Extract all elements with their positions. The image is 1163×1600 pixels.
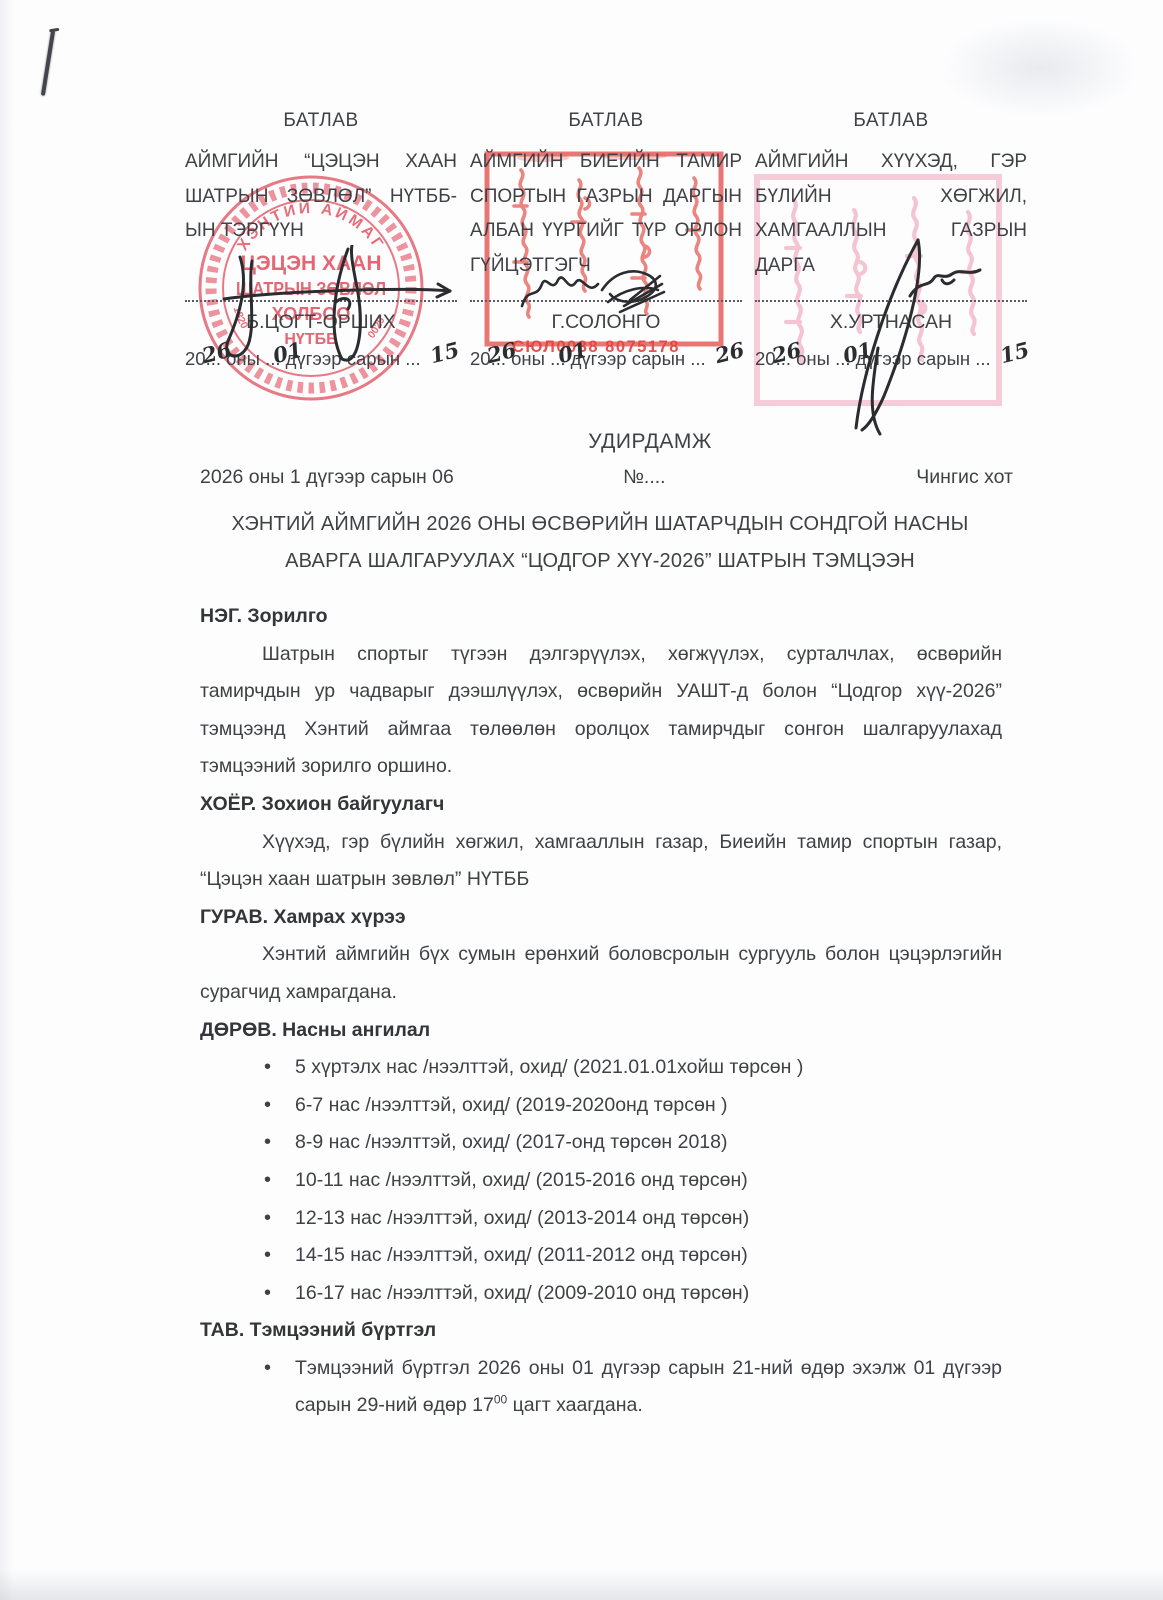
signature-tsogt-orshikh (218, 245, 458, 375)
section-heading-age-categories: ДӨРӨВ. Насны ангилал (200, 1012, 1002, 1050)
handwritten-day: 15 (997, 337, 1031, 368)
document-body: НЭГ. Зорилго Шатрын спортыг түгээн дэлгэ… (200, 598, 1002, 1425)
list-item: 10-11 нас /нээлттэй, охид/ (2015-2016 он… (200, 1162, 1002, 1200)
scan-smudge (940, 18, 1140, 118)
list-item: 8-9 нас /нээлттэй, охид/ (2017-онд төрсө… (200, 1124, 1002, 1162)
approval-block-sports-agency: БАТЛАВ АЙМГИЙН БИЕИЙН ТАМИР СПОРТЫН ГАЗР… (470, 110, 742, 380)
list-item: Тэмцээний бүртгэл 2026 оны 01 дүгээр сар… (200, 1350, 1002, 1425)
section-heading-goal: НЭГ. Зорилго (200, 598, 1002, 636)
list-item: 6-7 нас /нээлттэй, охид/ (2019-2020онд т… (200, 1087, 1002, 1125)
approval-heading: БАТЛАВ (470, 110, 742, 132)
approval-title: АЙМГИЙН “ЦЭЦЭН ХААН ШАТРЫН ЗӨВЛӨЛ” НҮТББ… (185, 145, 457, 249)
registration-list: Тэмцээний бүртгэл 2026 оны 01 дүгээр сар… (200, 1350, 1002, 1425)
section-paragraph-scope: Хэнтий аймгийн бүх сумын ерөнхий боловср… (200, 936, 1002, 1011)
list-item: 12-13 нас /нээлттэй, охид/ (2013-2014 он… (200, 1200, 1002, 1238)
document-title-line1: ХЭНТИЙ АЙМГИЙН 2026 ОНЫ ӨСВӨРИЙН ШАТАРЧД… (185, 506, 1015, 543)
document-number: №.... (623, 466, 666, 489)
document-page: ХЭНТИЙ АЙМАГ 1820 0029 ЦЭЦЭН ХААН ШАТРЫН… (0, 0, 1163, 1600)
document-meta-row: 2026 оны 1 дүгээр сарын 06 №.... Чингис … (200, 466, 1013, 496)
registration-text-post: цагт хаагдана. (507, 1394, 643, 1416)
handwritten-day: 26 (712, 337, 746, 368)
list-item: 16-17 нас /нээлттэй, охид/ (2009-2010 он… (200, 1275, 1002, 1313)
section-heading-registration: ТАВ. Тэмцээний бүртгэл (200, 1312, 1002, 1350)
list-item: 5 хүртэлх нас /нээлттэй, охид/ (2021.01.… (200, 1049, 1002, 1087)
approval-heading: БАТЛАВ (755, 110, 1027, 132)
document-city: Чингис хот (916, 466, 1013, 489)
list-item: 14-15 нас /нээлттэй, охид/ (2011-2012 он… (200, 1237, 1002, 1275)
signature-urtnasan (820, 228, 992, 440)
staple-mark (41, 30, 55, 96)
document-title: ХЭНТИЙ АЙМГИЙН 2026 ОНЫ ӨСВӨРИЙН ШАТАРЧД… (185, 506, 1015, 580)
date-blank-line: 20... оны ... дүгээр сарын ... 26 01 26 (470, 348, 742, 370)
section-paragraph-organizer: Хүүхэд, гэр бүлийн хөгжил, хамгааллын га… (200, 824, 1002, 899)
registration-text-pre: Тэмцээний бүртгэл 2026 оны 01 дүгээр сар… (295, 1357, 1002, 1417)
registration-time-superscript: 00 (494, 1393, 507, 1407)
section-heading-organizer: ХОЁР. Зохион байгуулагч (200, 786, 1002, 824)
document-title-line2: АВАРГА ШАЛГАРУУЛАХ “ЦОДГОР ХҮҮ-2026” ШАТ… (185, 543, 1015, 580)
section-heading-scope: ГУРАВ. Хамрах хүрээ (200, 899, 1002, 937)
approval-heading: БАТЛАВ (185, 110, 457, 132)
section-paragraph-goal: Шатрын спортыг түгээн дэлгэрүүлэх, хөгжү… (200, 636, 1002, 786)
age-category-list: 5 хүртэлх нас /нээлттэй, охид/ (2021.01.… (200, 1049, 1002, 1312)
document-date: 2026 оны 1 дүгээр сарын 06 (200, 466, 454, 489)
signature-solongo (518, 258, 670, 320)
